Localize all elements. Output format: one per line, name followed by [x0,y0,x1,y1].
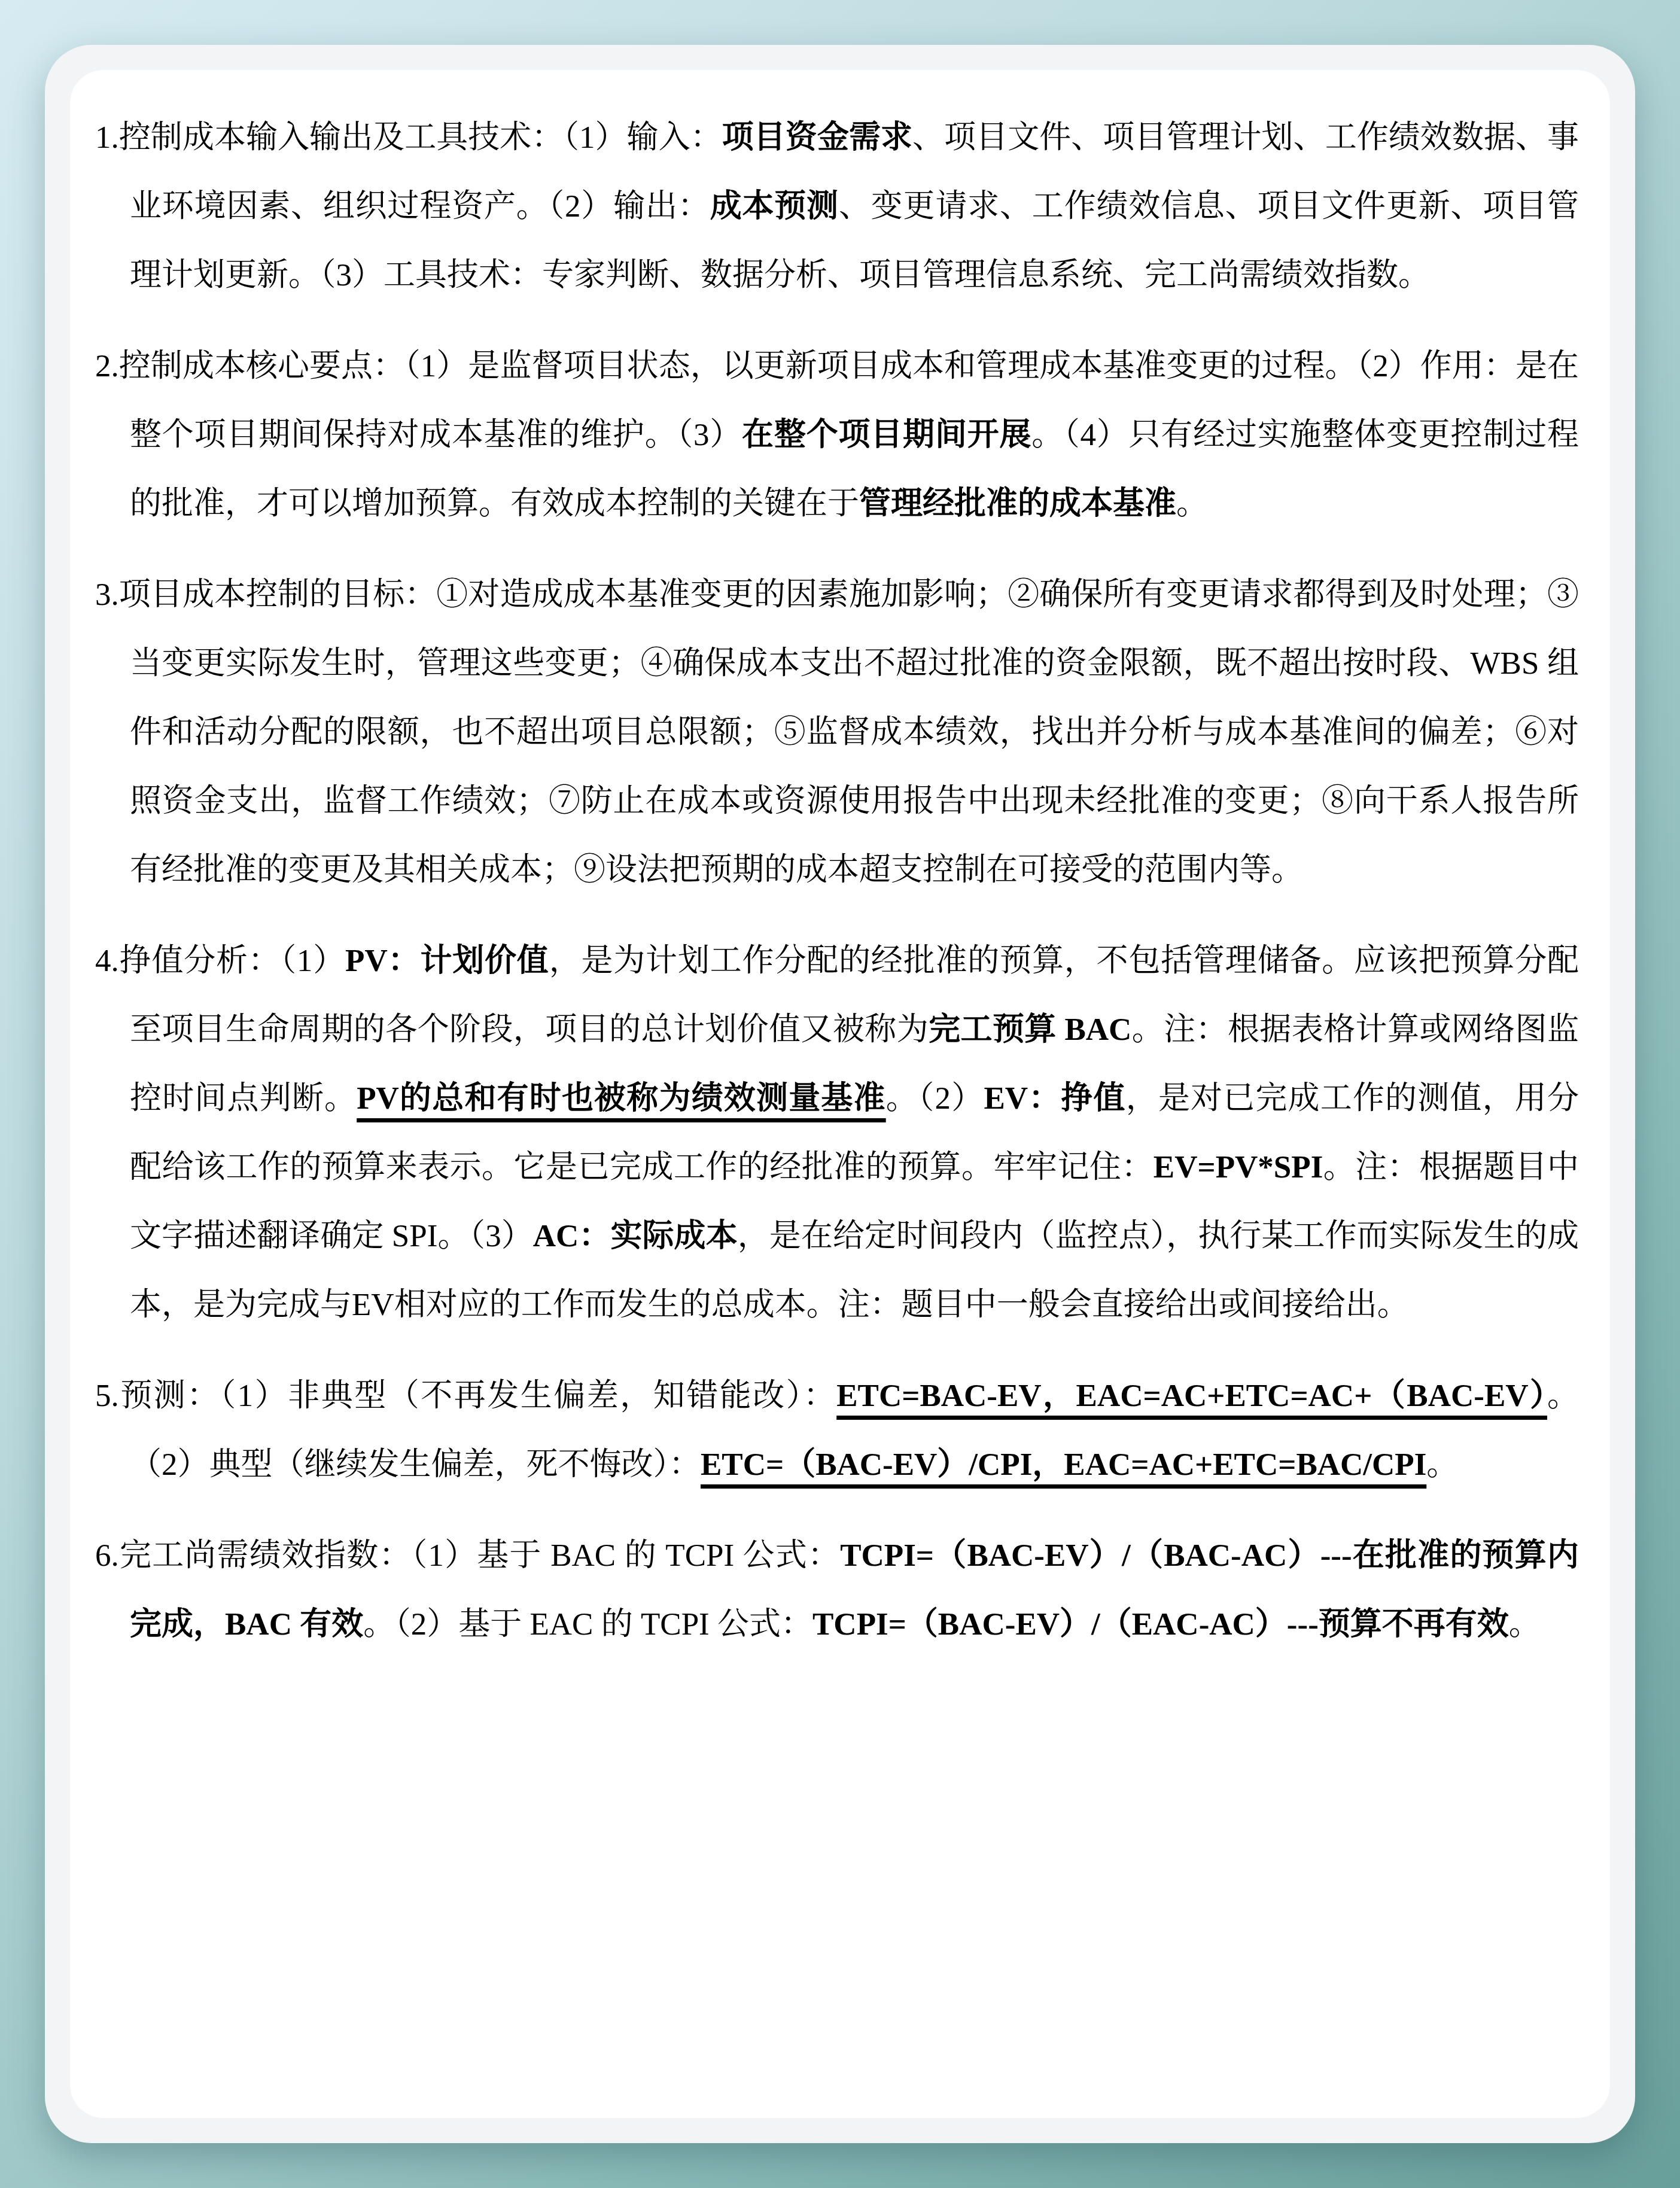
text-run: 管理经批准的成本基准 [859,486,1176,521]
text-run: AC：实际成本 [533,1219,738,1253]
notes-document: 1.控制成本输入输出及工具技术：（1）输入：项目资金需求、项目文件、项目管理计划… [95,104,1579,1659]
text-run: 控制成本输入输出及工具技术：（1）输入： [119,120,722,155]
text-run: TCPI=（BAC-EV）/（EAC-AC）---预算不再有效 [812,1607,1509,1642]
item-number: 2. [95,349,119,384]
list-item: 3.项目成本控制的目标：①对造成成本基准变更的因素施加影响；②确保所有变更请求都… [95,561,1579,905]
notes-card-frame: 1.控制成本输入输出及工具技术：（1）输入：项目资金需求、项目文件、项目管理计划… [45,45,1635,2143]
text-run: 挣值分析：（1） [119,944,345,978]
notes-card: 1.控制成本输入输出及工具技术：（1）输入：项目资金需求、项目文件、项目管理计划… [70,70,1610,2118]
text-run: ETC=BAC-EV，EAC=AC+ETC=AC+（BAC-EV） [836,1378,1547,1413]
list-item: 1.控制成本输入输出及工具技术：（1）输入：项目资金需求、项目文件、项目管理计划… [95,104,1579,310]
text-run: 成本预测 [710,189,839,224]
item-number: 3. [95,577,119,612]
item-number: 1. [95,120,119,155]
text-run: ETC=（BAC-EV）/CPI，EAC=AC+ETC=BAC/CPI [701,1447,1426,1482]
text-run: EV：挣值 [984,1081,1125,1116]
text-run: 完工尚需绩效指数：（1）基于 BAC 的 TCPI 公式： [119,1538,840,1573]
text-run: 在整个项目期间开展 [742,418,1031,452]
text-run: 。 [1509,1607,1541,1642]
text-run: 。 [1426,1447,1458,1482]
item-number: 6. [95,1538,119,1573]
text-run: 。（2） [886,1081,984,1116]
text-run: PV的总和有时也被称为绩效测量基准 [357,1081,885,1116]
text-run: PV：计划价值 [345,944,549,978]
text-run: 完工预算 BAC [929,1012,1131,1047]
text-run: 项目资金需求 [722,120,912,155]
text-run: 预测：（1）非典型（不再发生偏差，知错能改）： [119,1378,836,1413]
list-item: 4.挣值分析：（1）PV：计划价值，是为计划工作分配的经批准的预算，不包括管理储… [95,927,1579,1340]
text-run: EV=PV*SPI [1154,1150,1323,1185]
text-run: 。 [1176,486,1208,521]
text-run: 项目成本控制的目标：①对造成成本基准变更的因素施加影响；②确保所有变更请求都得到… [119,577,1579,887]
list-item: 5.预测：（1）非典型（不再发生偏差，知错能改）：ETC=BAC-EV，EAC=… [95,1362,1579,1499]
item-number: 5. [95,1378,119,1413]
item-number: 4. [95,944,119,978]
text-run: 。（2）基于 EAC 的 TCPI 公式： [363,1607,812,1642]
list-item: 6.完工尚需绩效指数：（1）基于 BAC 的 TCPI 公式：TCPI=（BAC… [95,1521,1579,1659]
list-item: 2.控制成本核心要点：（1）是监督项目状态，以更新项目成本和管理成本基准变更的过… [95,332,1579,538]
